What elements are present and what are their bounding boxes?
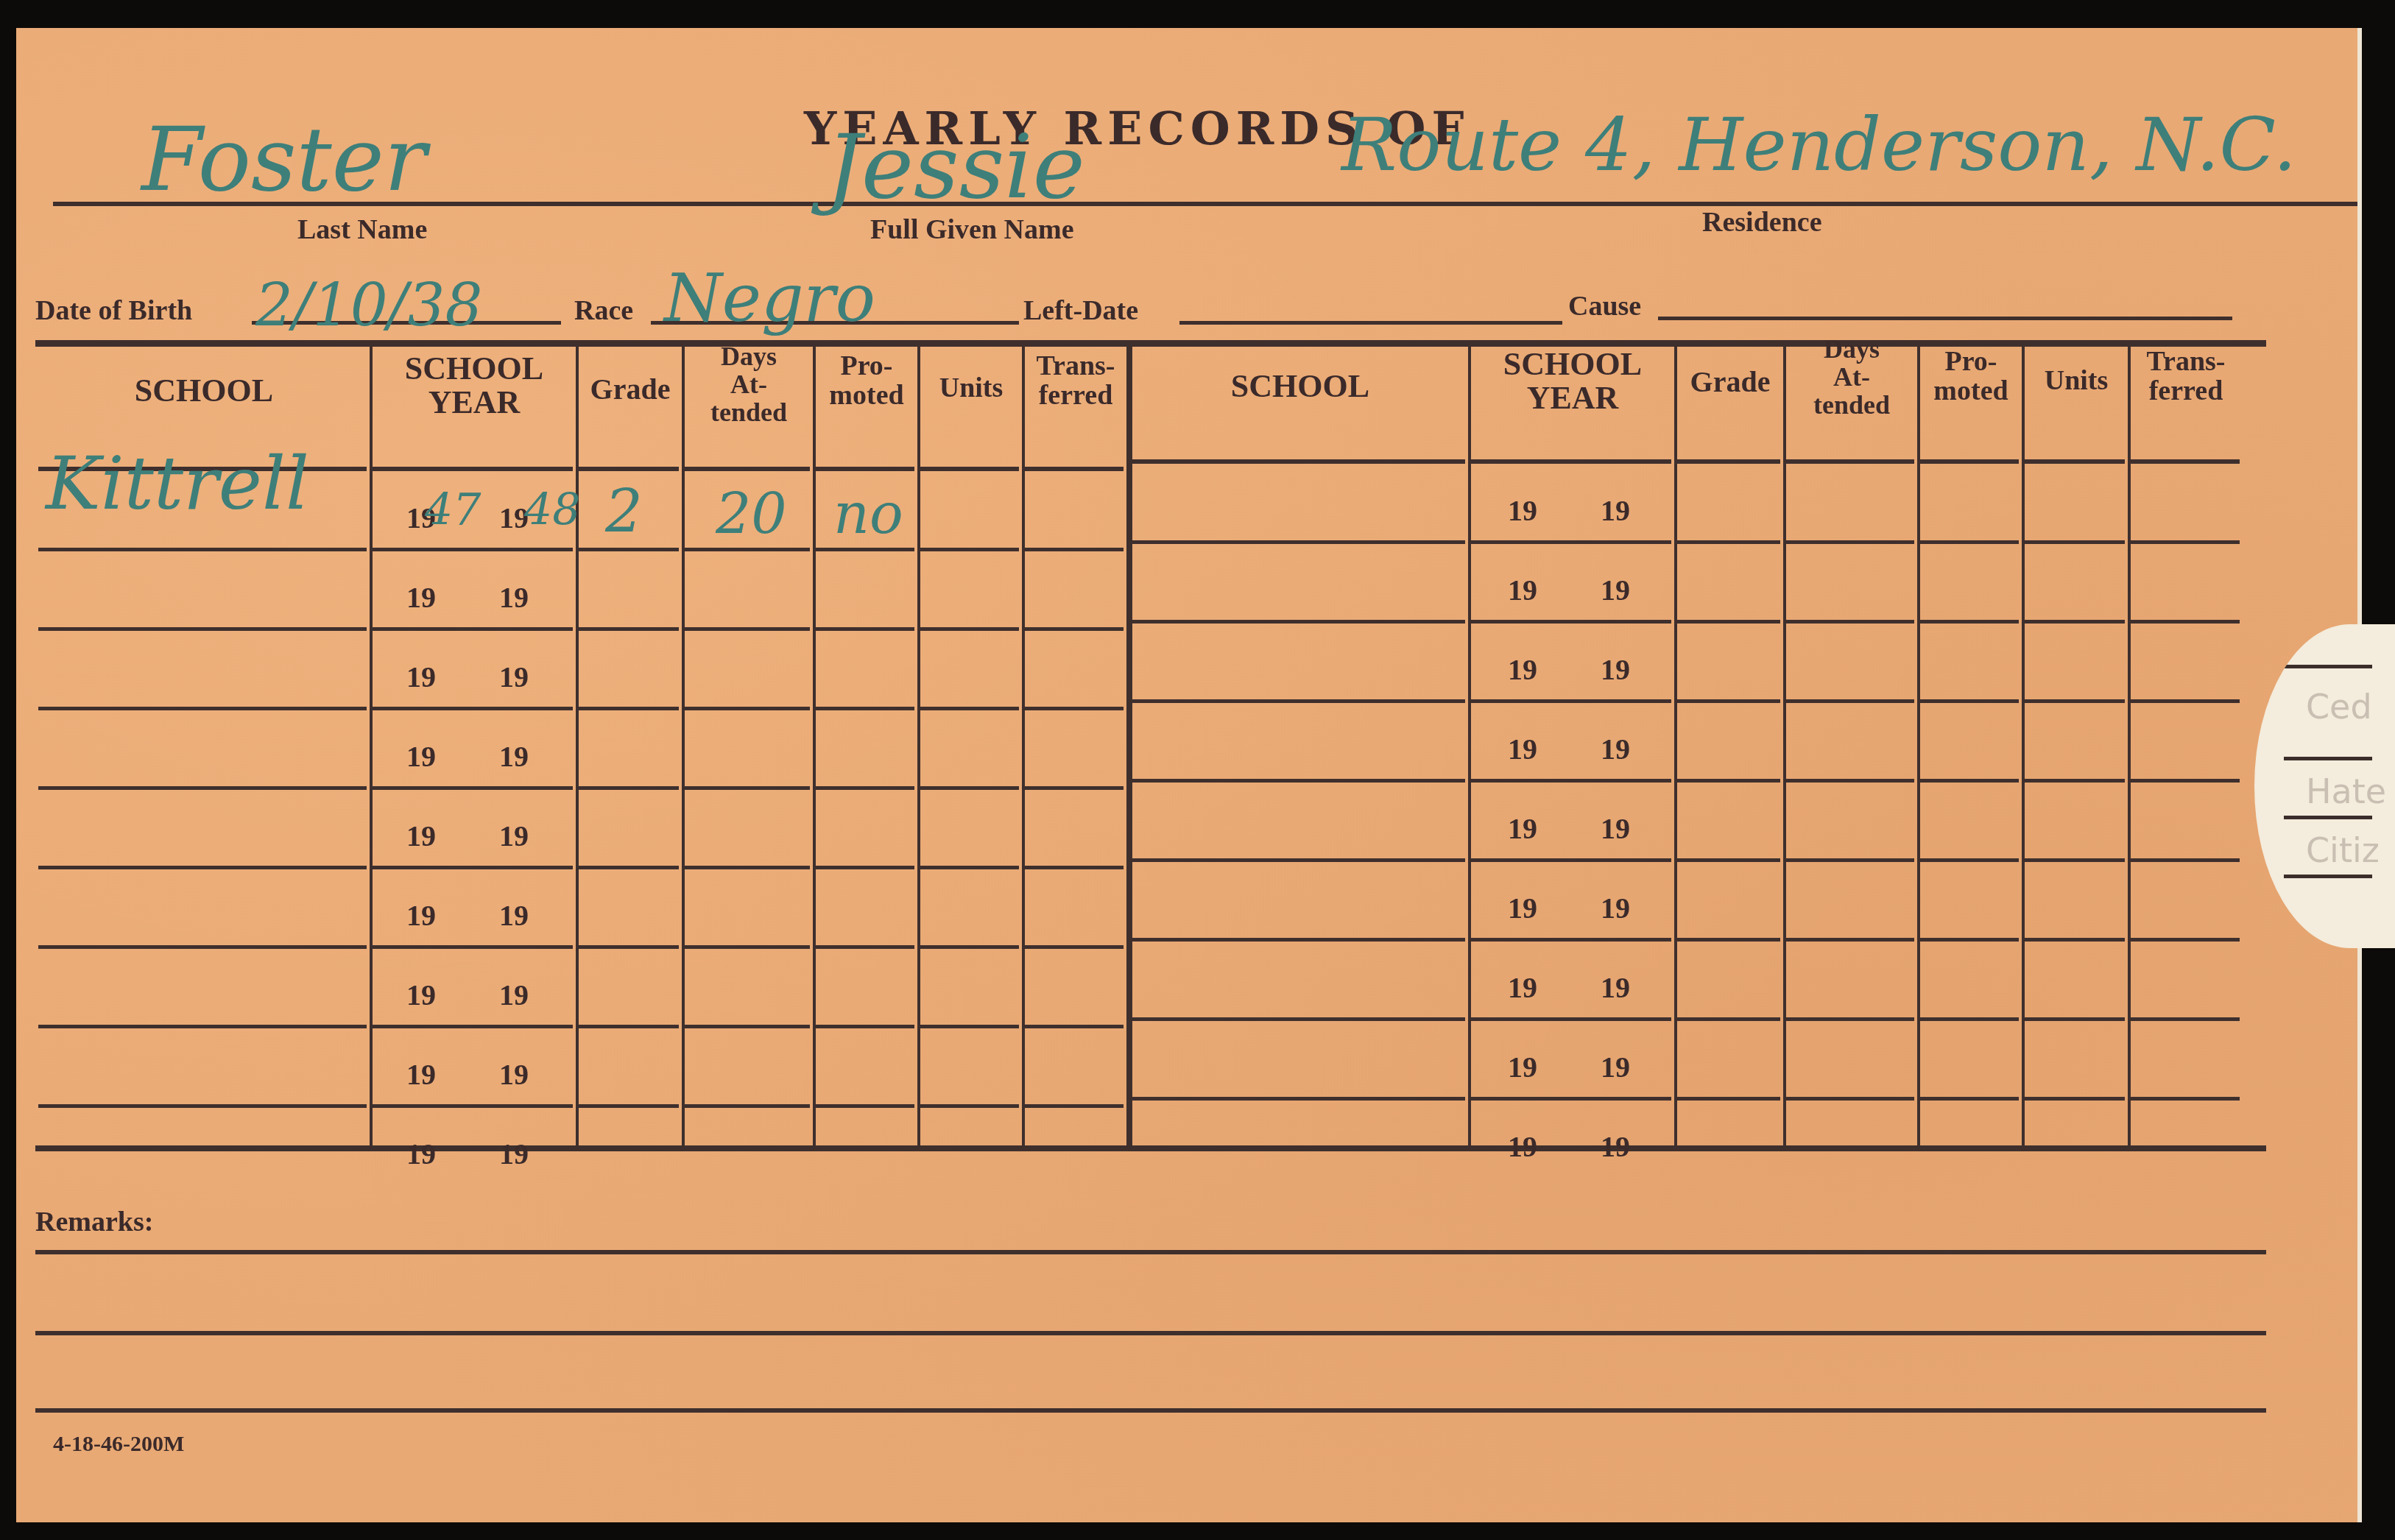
- row-line: [1132, 779, 1465, 783]
- date-of-birth-value[interactable]: 2/10/38: [255, 271, 482, 339]
- row-line: [38, 548, 367, 551]
- row-line: [1471, 938, 1671, 942]
- header-school-year-right: SCHOOLYEAR: [1471, 347, 1674, 415]
- year-from-prefix: 19: [406, 898, 436, 933]
- row-line: [1677, 858, 1780, 862]
- year-to-prefix: 19: [1601, 652, 1630, 687]
- row-line: [2131, 1097, 2240, 1101]
- row-line: [373, 548, 573, 551]
- row-line: [373, 707, 573, 710]
- row-line: [579, 786, 679, 790]
- row-line: [1920, 540, 2019, 544]
- header-grade: Grade: [579, 374, 682, 405]
- row-line: [685, 467, 810, 471]
- cause-underline: [1658, 317, 2232, 320]
- row-line: [1920, 620, 2019, 624]
- row-line: [816, 1104, 914, 1108]
- row-line: [1132, 620, 1465, 624]
- row-line: [685, 707, 810, 710]
- row-line: [373, 1104, 573, 1108]
- row-line: [38, 866, 367, 869]
- year-to-prefix: 19: [1601, 970, 1630, 1005]
- year-from-prefix: 19: [406, 1057, 436, 1092]
- row-line: [579, 627, 679, 631]
- residence-label: Residence: [1702, 206, 1822, 239]
- year-from-prefix: 19: [406, 819, 436, 853]
- year-to-prefix: 19: [1601, 1050, 1630, 1084]
- year-from-prefix: 19: [1508, 811, 1537, 846]
- row-line: [579, 467, 679, 471]
- year-from-prefix: 19: [1508, 1129, 1537, 1164]
- year-from-prefix: 19: [406, 580, 436, 615]
- race-label: Race: [574, 294, 633, 327]
- row-line: [373, 467, 573, 471]
- row-line: [816, 627, 914, 631]
- row-line: [1920, 858, 2019, 862]
- row-line: [816, 866, 914, 869]
- row-line: [1025, 548, 1124, 551]
- row-line: [920, 786, 1019, 790]
- year-from-prefix: 19: [1508, 732, 1537, 766]
- row-line: [579, 548, 679, 551]
- row-line: [2025, 459, 2125, 464]
- col-divider: [1917, 343, 1920, 1148]
- row-line: [2131, 779, 2240, 783]
- row-line: [1920, 459, 2019, 464]
- header-days-attended: DaysAt-tended: [685, 343, 813, 426]
- year-from-prefix: 19: [1508, 652, 1537, 687]
- year-to-prefix: 19: [1601, 1129, 1630, 1164]
- residence-value[interactable]: Route 4, Henderson, N.C.: [1341, 102, 2296, 188]
- row-line: [1786, 1017, 1914, 1021]
- row-line: [1677, 699, 1780, 703]
- date-of-birth-label: Date of Birth: [35, 294, 192, 327]
- row-line: [38, 707, 367, 710]
- row-line: [373, 945, 573, 949]
- row-line: [816, 1025, 914, 1028]
- remarks-label: Remarks:: [35, 1206, 153, 1238]
- row-line: [920, 945, 1019, 949]
- row-line: [38, 627, 367, 631]
- year-from-prefix: 19: [406, 978, 436, 1012]
- row-line: [920, 707, 1019, 710]
- year-to-prefix: 19: [1601, 573, 1630, 607]
- row-line: [1920, 1097, 2019, 1101]
- last-name-label: Last Name: [297, 213, 427, 246]
- row-line: [1677, 779, 1780, 783]
- row-line: [2025, 858, 2125, 862]
- col-divider: [2128, 343, 2131, 1148]
- year-from-prefix: 19: [406, 739, 436, 774]
- given-name-value[interactable]: Jessie: [826, 116, 1085, 219]
- header-school-right: SCHOOL: [1132, 370, 1468, 403]
- col-divider: [1783, 343, 1786, 1148]
- row-line: [1786, 459, 1914, 464]
- col-divider: [1674, 343, 1677, 1148]
- row-line: [920, 1104, 1019, 1108]
- row-line: [1786, 540, 1914, 544]
- row-line: [1025, 467, 1124, 471]
- year-to-prefix: 19: [499, 978, 529, 1012]
- row1-days-attended[interactable]: 20: [716, 481, 787, 546]
- header-transferred-right: Trans-ferred: [2131, 347, 2241, 406]
- row-line: [38, 1104, 367, 1108]
- thumb-notch: Ced Hate Citiz: [2254, 624, 2395, 948]
- row-line: [920, 1025, 1019, 1028]
- row-line: [2025, 1097, 2125, 1101]
- row-line: [2131, 459, 2240, 464]
- row-line: [1132, 540, 1465, 544]
- row-line: [920, 548, 1019, 551]
- col-divider: [2022, 343, 2025, 1148]
- row-line: [1132, 938, 1465, 942]
- row1-year-from[interactable]: 47: [425, 484, 481, 536]
- row-line: [1132, 699, 1465, 703]
- row-line: [2025, 938, 2125, 942]
- form-code: 4-18-46-200M: [53, 1432, 184, 1457]
- row-line: [1132, 858, 1465, 862]
- year-to-prefix: 19: [499, 819, 529, 853]
- year-to-prefix: 19: [1601, 811, 1630, 846]
- year-to-prefix: 19: [499, 739, 529, 774]
- year-to-prefix: 19: [1601, 891, 1630, 925]
- year-from-prefix: 19: [406, 660, 436, 694]
- row-line: [920, 627, 1019, 631]
- year-to-prefix: 19: [499, 1057, 529, 1092]
- left-date-label: Left-Date: [1023, 294, 1138, 327]
- year-to-prefix: 19: [1601, 493, 1630, 528]
- row-line: [1677, 620, 1780, 624]
- row-line: [373, 786, 573, 790]
- row-line: [373, 627, 573, 631]
- row-line: [1786, 858, 1914, 862]
- row-line: [1786, 699, 1914, 703]
- year-to-prefix: 19: [499, 898, 529, 933]
- row-line: [685, 548, 810, 551]
- year-to-prefix: 19: [1601, 732, 1630, 766]
- row-line: [816, 548, 914, 551]
- year-from-prefix: 19: [1508, 573, 1537, 607]
- row-line: [685, 866, 810, 869]
- row-line: [2025, 779, 2125, 783]
- row-line: [579, 707, 679, 710]
- row-line: [2131, 1017, 2240, 1021]
- remarks-line-1[interactable]: [35, 1250, 2266, 1254]
- header-units-right: Units: [2025, 367, 2128, 396]
- row-line: [2025, 620, 2125, 624]
- center-divider: [1126, 343, 1132, 1148]
- row1-year-to[interactable]: 48: [524, 484, 580, 536]
- row1-grade[interactable]: 2: [605, 477, 643, 545]
- header-school: SCHOOL: [38, 374, 370, 408]
- full-given-name-label: Full Given Name: [870, 213, 1074, 246]
- remarks-line-2[interactable]: [35, 1331, 2266, 1335]
- year-from-prefix: 19: [1508, 493, 1537, 528]
- row-line: [1025, 1025, 1124, 1028]
- row-line: [1132, 459, 1465, 464]
- row-line: [1920, 1017, 2019, 1021]
- race-value[interactable]: Negro: [664, 260, 875, 337]
- row-line: [1920, 938, 2019, 942]
- row-line: [816, 707, 914, 710]
- header-units: Units: [920, 374, 1022, 403]
- row-line: [1920, 779, 2019, 783]
- row-line: [1677, 1017, 1780, 1021]
- row-line: [373, 866, 573, 869]
- header-days-attended-right: DaysAt-tended: [1786, 336, 1917, 419]
- year-from-prefix: 19: [1508, 1050, 1537, 1084]
- row-line: [1025, 627, 1124, 631]
- row-line: [1786, 620, 1914, 624]
- row-line: [38, 786, 367, 790]
- left-date-underline: [1179, 321, 1562, 325]
- row-line: [2025, 1017, 2125, 1021]
- row-line: [2025, 699, 2125, 703]
- row-line: [685, 786, 810, 790]
- row-line: [1471, 699, 1671, 703]
- year-to-prefix: 19: [499, 660, 529, 694]
- row1-school[interactable]: Kittrell: [46, 440, 309, 526]
- year-to-prefix: 19: [499, 580, 529, 615]
- row-line: [1025, 945, 1124, 949]
- row-line: [579, 866, 679, 869]
- row-line: [2131, 858, 2240, 862]
- row-line: [1677, 1097, 1780, 1101]
- row-line: [1471, 858, 1671, 862]
- last-name-value[interactable]: Foster: [141, 109, 426, 211]
- row-line: [579, 1025, 679, 1028]
- row-line: [579, 945, 679, 949]
- row-line: [1677, 459, 1780, 464]
- row-line: [579, 1104, 679, 1108]
- record-card: Ced Hate Citiz YEARLY RECORDS OF Foster …: [16, 28, 2362, 1522]
- row-line: [685, 1025, 810, 1028]
- row-line: [1471, 459, 1671, 464]
- row-line: [685, 1104, 810, 1108]
- row-line: [685, 627, 810, 631]
- row-line: [1677, 540, 1780, 544]
- row-line: [2131, 620, 2240, 624]
- row-line: [2025, 540, 2125, 544]
- row-line: [38, 1025, 367, 1028]
- row-line: [1471, 779, 1671, 783]
- row-line: [1786, 779, 1914, 783]
- row-line: [685, 945, 810, 949]
- header-grade-right: Grade: [1677, 367, 1783, 398]
- row-line: [1471, 620, 1671, 624]
- row-line: [1132, 1017, 1465, 1021]
- year-from-prefix: 19: [1508, 891, 1537, 925]
- remarks-line-3[interactable]: [35, 1408, 2266, 1413]
- row-line: [373, 1025, 573, 1028]
- row-line: [38, 945, 367, 949]
- row-line: [1025, 1104, 1124, 1108]
- row-line: [920, 467, 1019, 471]
- header-transferred: Trans-ferred: [1025, 352, 1126, 411]
- row-line: [816, 945, 914, 949]
- row-line: [2131, 699, 2240, 703]
- row-line: [816, 467, 914, 471]
- row-line: [920, 866, 1019, 869]
- row-line: [1025, 707, 1124, 710]
- row-line: [1471, 540, 1671, 544]
- row-line: [2131, 540, 2240, 544]
- year-from-prefix: 19: [406, 1137, 436, 1171]
- row1-promoted[interactable]: no: [833, 481, 903, 546]
- row-line: [816, 786, 914, 790]
- year-from-prefix: 19: [1508, 970, 1537, 1005]
- row-line: [1025, 866, 1124, 869]
- cause-label: Cause: [1568, 290, 1641, 322]
- row-line: [1920, 699, 2019, 703]
- row-line: [1786, 938, 1914, 942]
- col-divider: [1468, 343, 1471, 1148]
- row-line: [1786, 1097, 1914, 1101]
- header-promoted: Pro-moted: [816, 352, 917, 411]
- row-line: [2131, 938, 2240, 942]
- header-promoted-right: Pro-moted: [1920, 347, 2022, 406]
- row-line: [1025, 786, 1124, 790]
- row-line: [1677, 938, 1780, 942]
- row-line: [1132, 1097, 1465, 1101]
- year-to-prefix: 19: [499, 1137, 529, 1171]
- header-school-year: SCHOOLYEAR: [373, 352, 576, 420]
- row-line: [1471, 1017, 1671, 1021]
- row-line: [1471, 1097, 1671, 1101]
